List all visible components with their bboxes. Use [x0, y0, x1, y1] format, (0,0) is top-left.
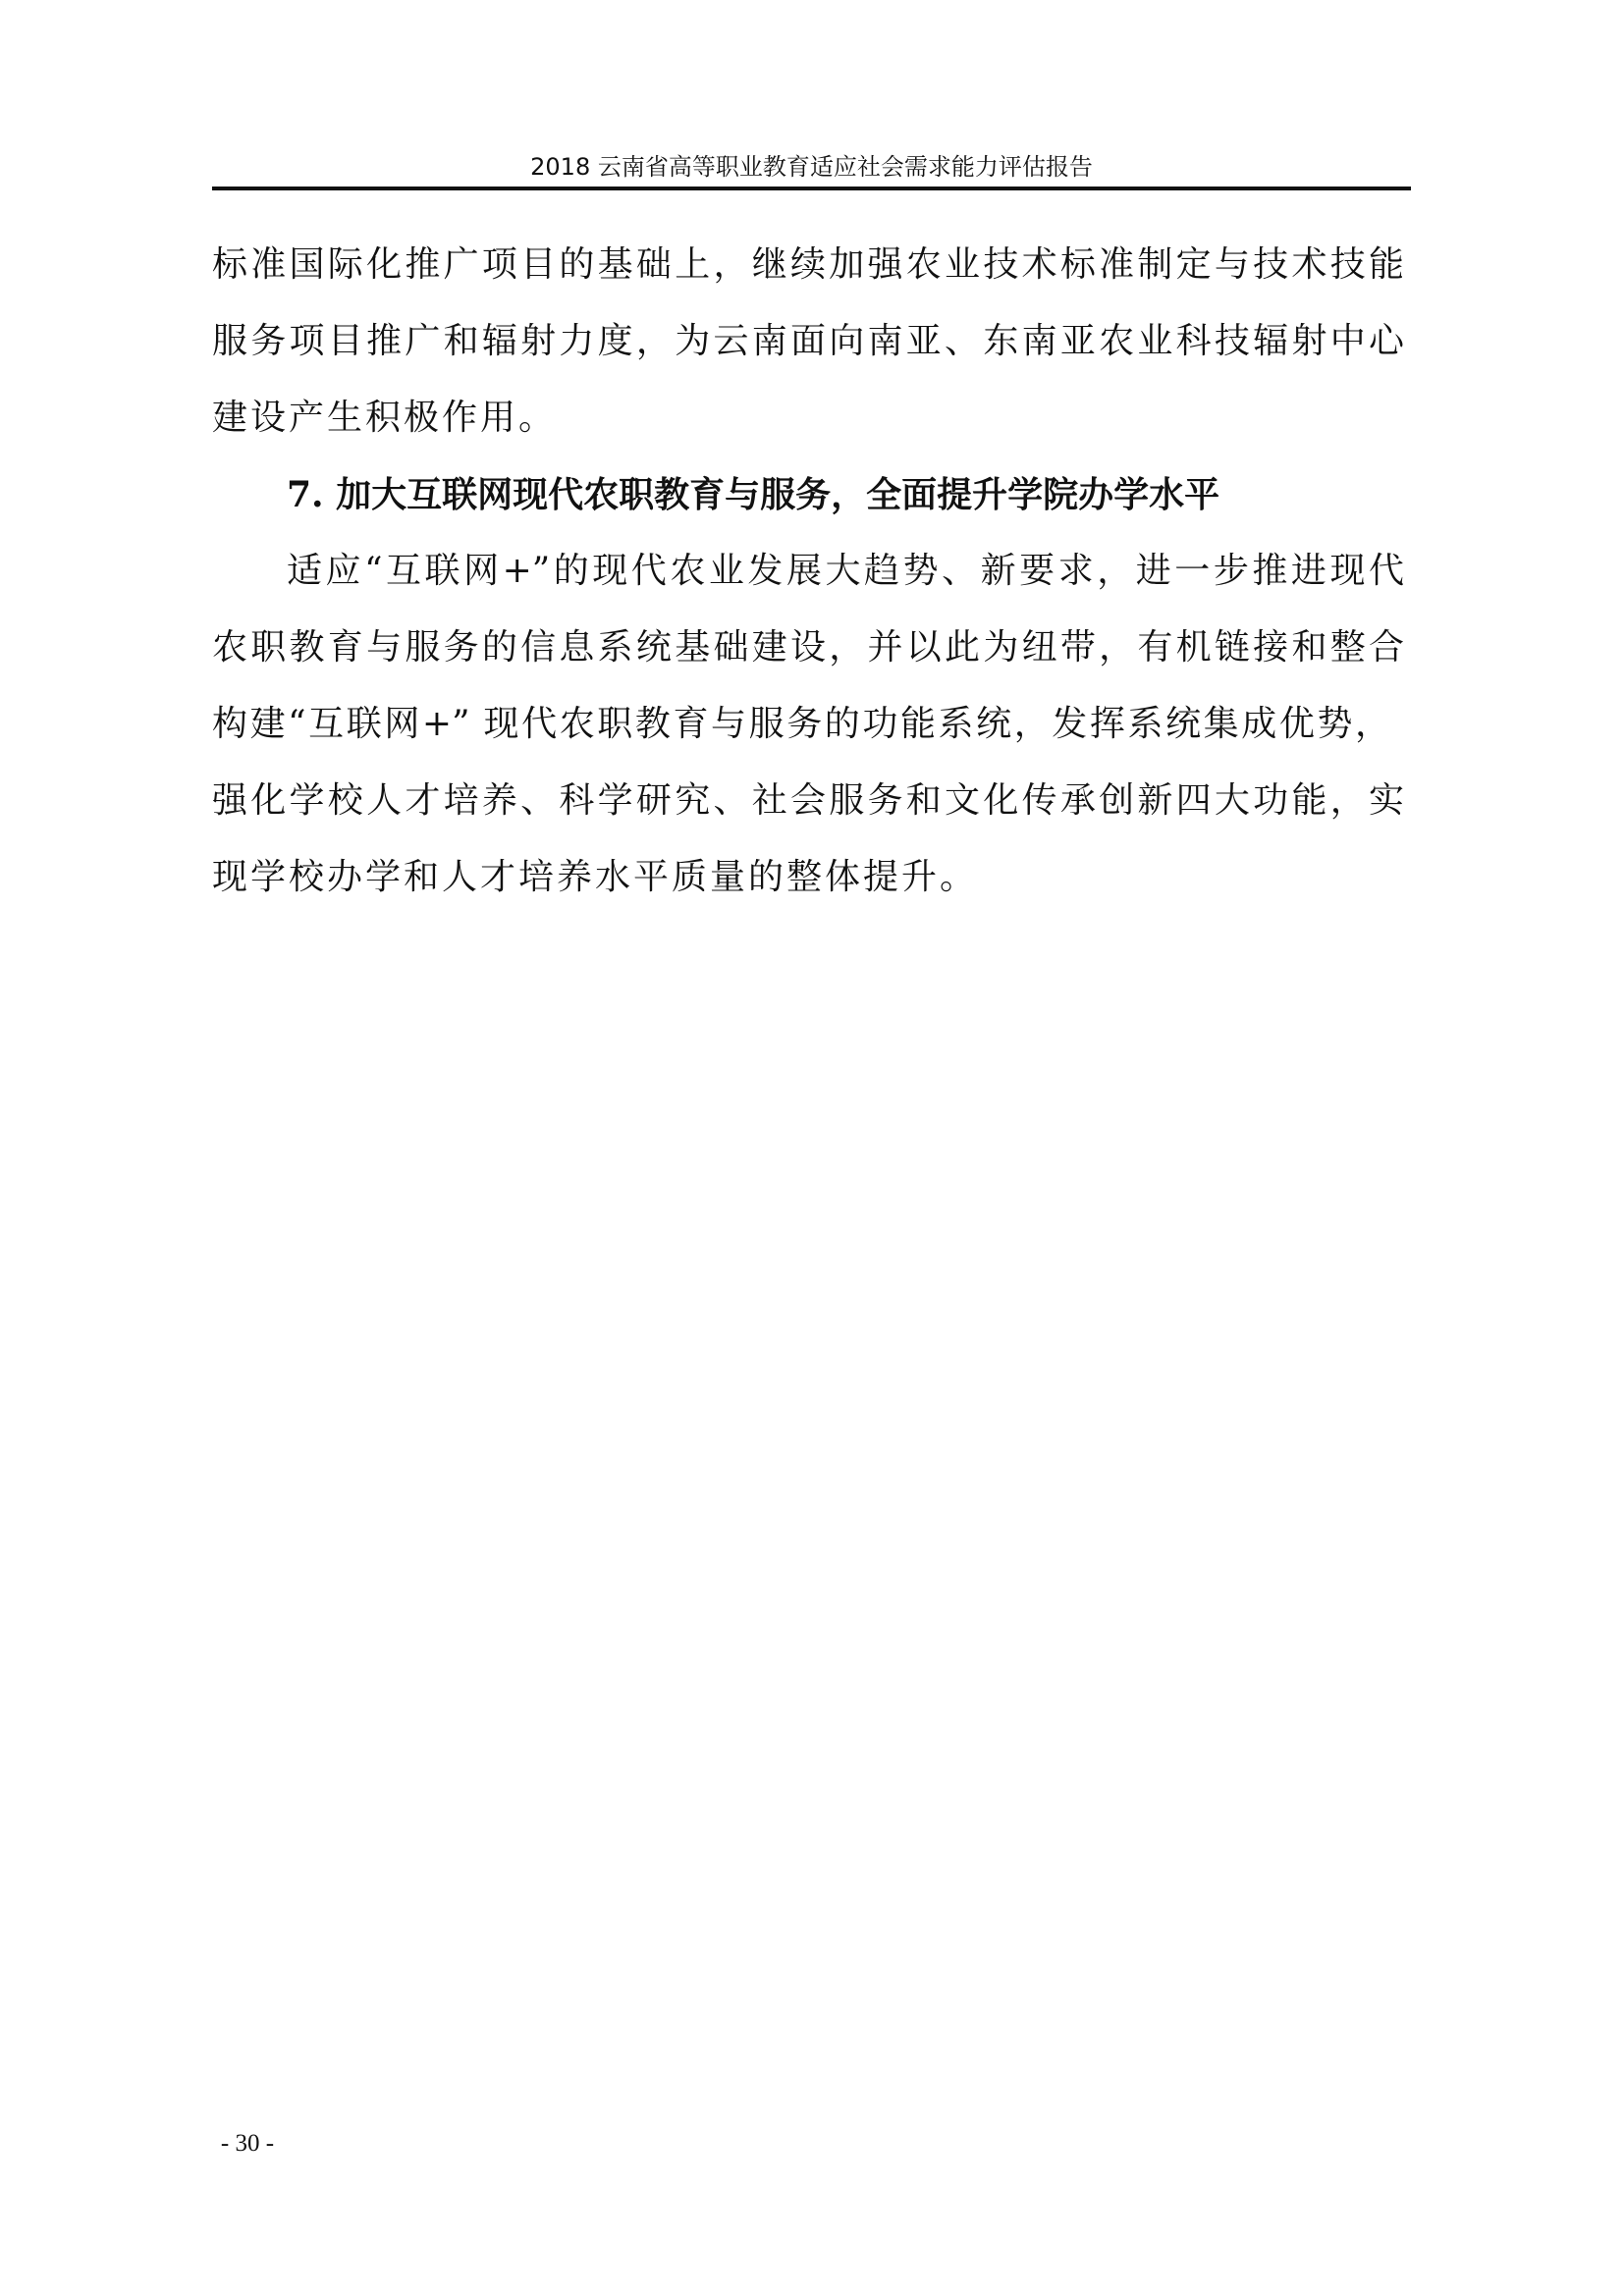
page-number: - 30 - — [212, 2130, 283, 2158]
paragraph-2-line-3: 构建“互联网+” 现代农职教育与服务的功能系统，发挥系统集成优势， — [212, 703, 1390, 746]
paragraph-1-line-3: 建设产生积极作用。 — [212, 397, 1404, 440]
paragraph-1-line-1: 标准国际化推广项目的基础上，继续加强农业技术标准制定与技术技能 — [212, 243, 1404, 287]
paragraph-1-line-2: 服务项目推广和辐射力度，为云南面向南亚、东南亚农业科技辐射中心 — [212, 320, 1404, 363]
paragraph-2-line-4: 强化学校人才培养、科学研究、社会服务和文化传承创新四大功能，实 — [212, 779, 1404, 823]
running-header: 2018 云南省高等职业教育适应社会需求能力评估报告 — [212, 153, 1411, 181]
paragraph-2-line-2: 农职教育与服务的信息系统基础建设，并以此为纽带，有机链接和整合 — [212, 626, 1404, 669]
section-heading: 7. 加大互联网现代农职教育与服务，全面提升学院办学水平 — [287, 473, 1170, 516]
paragraph-2-line-5: 现学校办学和人才培养水平质量的整体提升。 — [212, 856, 1404, 899]
header-rule — [212, 187, 1411, 190]
document-page: 2018 云南省高等职业教育适应社会需求能力评估报告 标准国际化推广项目的基础上… — [0, 0, 1624, 2296]
paragraph-2-line-1: 适应“互联网+”的现代农业发展大趋势、新要求，进一步推进现代 — [287, 550, 1404, 593]
